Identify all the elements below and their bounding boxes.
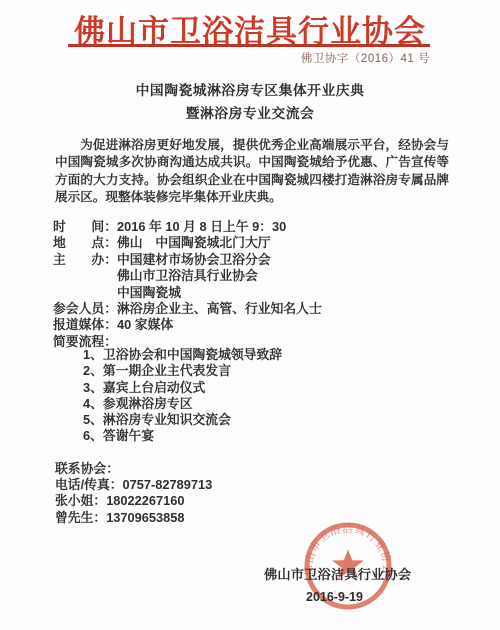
- detail-value: 中国建材市场协会卫浴分会: [117, 252, 271, 267]
- detail-value: 淋浴房企业主、高管、行业知名人士: [117, 301, 322, 316]
- letterhead-divider: [68, 44, 430, 47]
- schedule-item: 5、淋浴房专业知识交流会: [83, 412, 282, 428]
- document-number: 佛卫协字（2016）41 号: [301, 50, 430, 66]
- detail-label: 主 办：: [53, 252, 117, 268]
- contact-lines: 电话/传真：0757-82789713张小姐：18022267160曾先生：13…: [55, 477, 212, 526]
- schedule-item: 6、答谢午宴: [83, 428, 282, 444]
- detail-value: 佛山市卫浴洁具行业协会: [117, 268, 258, 283]
- detail-row: 报道媒体：40 家媒体: [53, 317, 322, 333]
- schedule-item: 2、第一期企业主代表发言: [83, 363, 282, 379]
- contact-line: 电话/传真：0757-82789713: [55, 477, 212, 493]
- detail-label: 报道媒体：: [53, 317, 117, 333]
- event-title-line1: 中国陶瓷城淋浴房专区集体开业庆典: [0, 79, 500, 99]
- detail-value: 2016 年 10 月 8 日上午 9：30: [117, 219, 286, 234]
- detail-value: 中国陶瓷城: [117, 285, 181, 300]
- contact-heading: 联系协会：: [55, 461, 212, 477]
- detail-row: 中国陶瓷城: [53, 285, 322, 301]
- schedule-item: 3、嘉宾上台启动仪式: [83, 380, 282, 396]
- event-details: 时 间：2016 年 10 月 8 日上午 9：30 地 点：佛山 中国陶瓷城北…: [53, 219, 322, 350]
- schedule-item: 4、参观淋浴房专区: [83, 396, 282, 412]
- detail-row: 主 办：中国建材市场协会卫浴分会: [53, 252, 322, 268]
- detail-label: 参会人员：: [53, 301, 117, 317]
- contact-line: 曾先生：13709653858: [55, 510, 212, 526]
- event-title-line2: 暨淋浴房专业交流会: [0, 102, 500, 122]
- detail-row: 参会人员：淋浴房企业主、高管、行业知名人士: [53, 301, 322, 317]
- detail-value: 40 家媒体: [117, 317, 173, 332]
- contact-line: 张小姐：18022267160: [55, 493, 212, 509]
- detail-value: 佛山 中国陶瓷城北门大厅: [117, 235, 271, 250]
- detail-label: 地 点：: [53, 235, 117, 251]
- detail-label: 时 间：: [53, 219, 117, 235]
- detail-row: 时 间：2016 年 10 月 8 日上午 9：30: [53, 219, 322, 235]
- schedule-item: 1、卫浴协会和中国陶瓷城领导致辞: [83, 347, 282, 363]
- schedule-list: 1、卫浴协会和中国陶瓷城领导致辞2、第一期企业主代表发言3、嘉宾上台启动仪式4、…: [83, 347, 282, 445]
- signature-date: 2016-9-19: [306, 590, 363, 604]
- detail-row: 地 点：佛山 中国陶瓷城北门大厅: [53, 235, 322, 251]
- document-page: 佛山市卫浴洁具行业协会 佛卫协字（2016）41 号 中国陶瓷城淋浴房专区集体开…: [0, 0, 500, 630]
- signature-association-name: 佛山市卫浴洁具行业协会: [264, 564, 411, 583]
- contact-block: 联系协会： 电话/传真：0757-82789713张小姐：18022267160…: [55, 461, 212, 526]
- detail-row: 佛山市卫浴洁具行业协会: [53, 268, 322, 284]
- intro-paragraph: 为促进淋浴房更好地发展，提供优秀企业高端展示平台，经协会与中国陶瓷城多次协商沟通…: [55, 137, 449, 207]
